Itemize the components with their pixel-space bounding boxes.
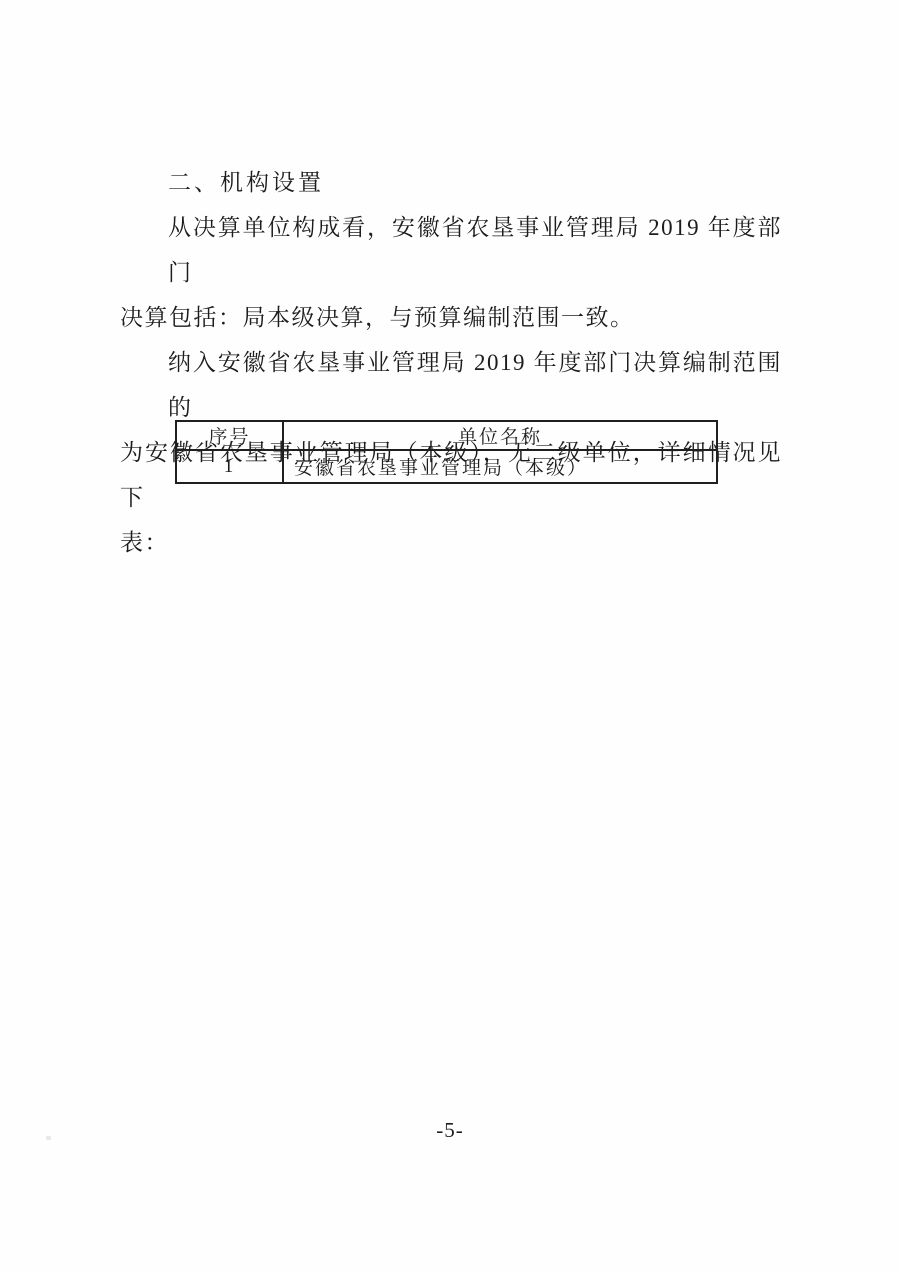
- paragraph-2-line-3: 表：: [120, 520, 782, 565]
- document-body: 二、机构设置 从决算单位构成看，安徽省农垦事业管理局 2019 年度部门 决算包…: [120, 160, 782, 565]
- table-header-index: 序号: [176, 421, 283, 450]
- scan-artifact: [46, 1136, 51, 1140]
- units-table: 序号 单位名称 1 安徽省农垦事业管理局（本级）: [175, 420, 718, 484]
- table-row: 1 安徽省农垦事业管理局（本级）: [176, 450, 717, 483]
- cell-index: 1: [176, 450, 283, 483]
- page-number: -5-: [0, 1118, 900, 1143]
- table-header-row: 序号 单位名称: [176, 421, 717, 450]
- paragraph-1-line-1: 从决算单位构成看，安徽省农垦事业管理局 2019 年度部门: [120, 205, 782, 295]
- paragraph-1-line-2: 决算包括：局本级决算，与预算编制范围一致。: [120, 295, 782, 340]
- cell-unit-name: 安徽省农垦事业管理局（本级）: [283, 450, 717, 483]
- section-heading: 二、机构设置: [120, 160, 782, 205]
- paragraph-2-line-1: 纳入安徽省农垦事业管理局 2019 年度部门决算编制范围的: [120, 340, 782, 430]
- table-header-unit-name: 单位名称: [283, 421, 717, 450]
- document-page: 二、机构设置 从决算单位构成看，安徽省农垦事业管理局 2019 年度部门 决算包…: [0, 0, 900, 1271]
